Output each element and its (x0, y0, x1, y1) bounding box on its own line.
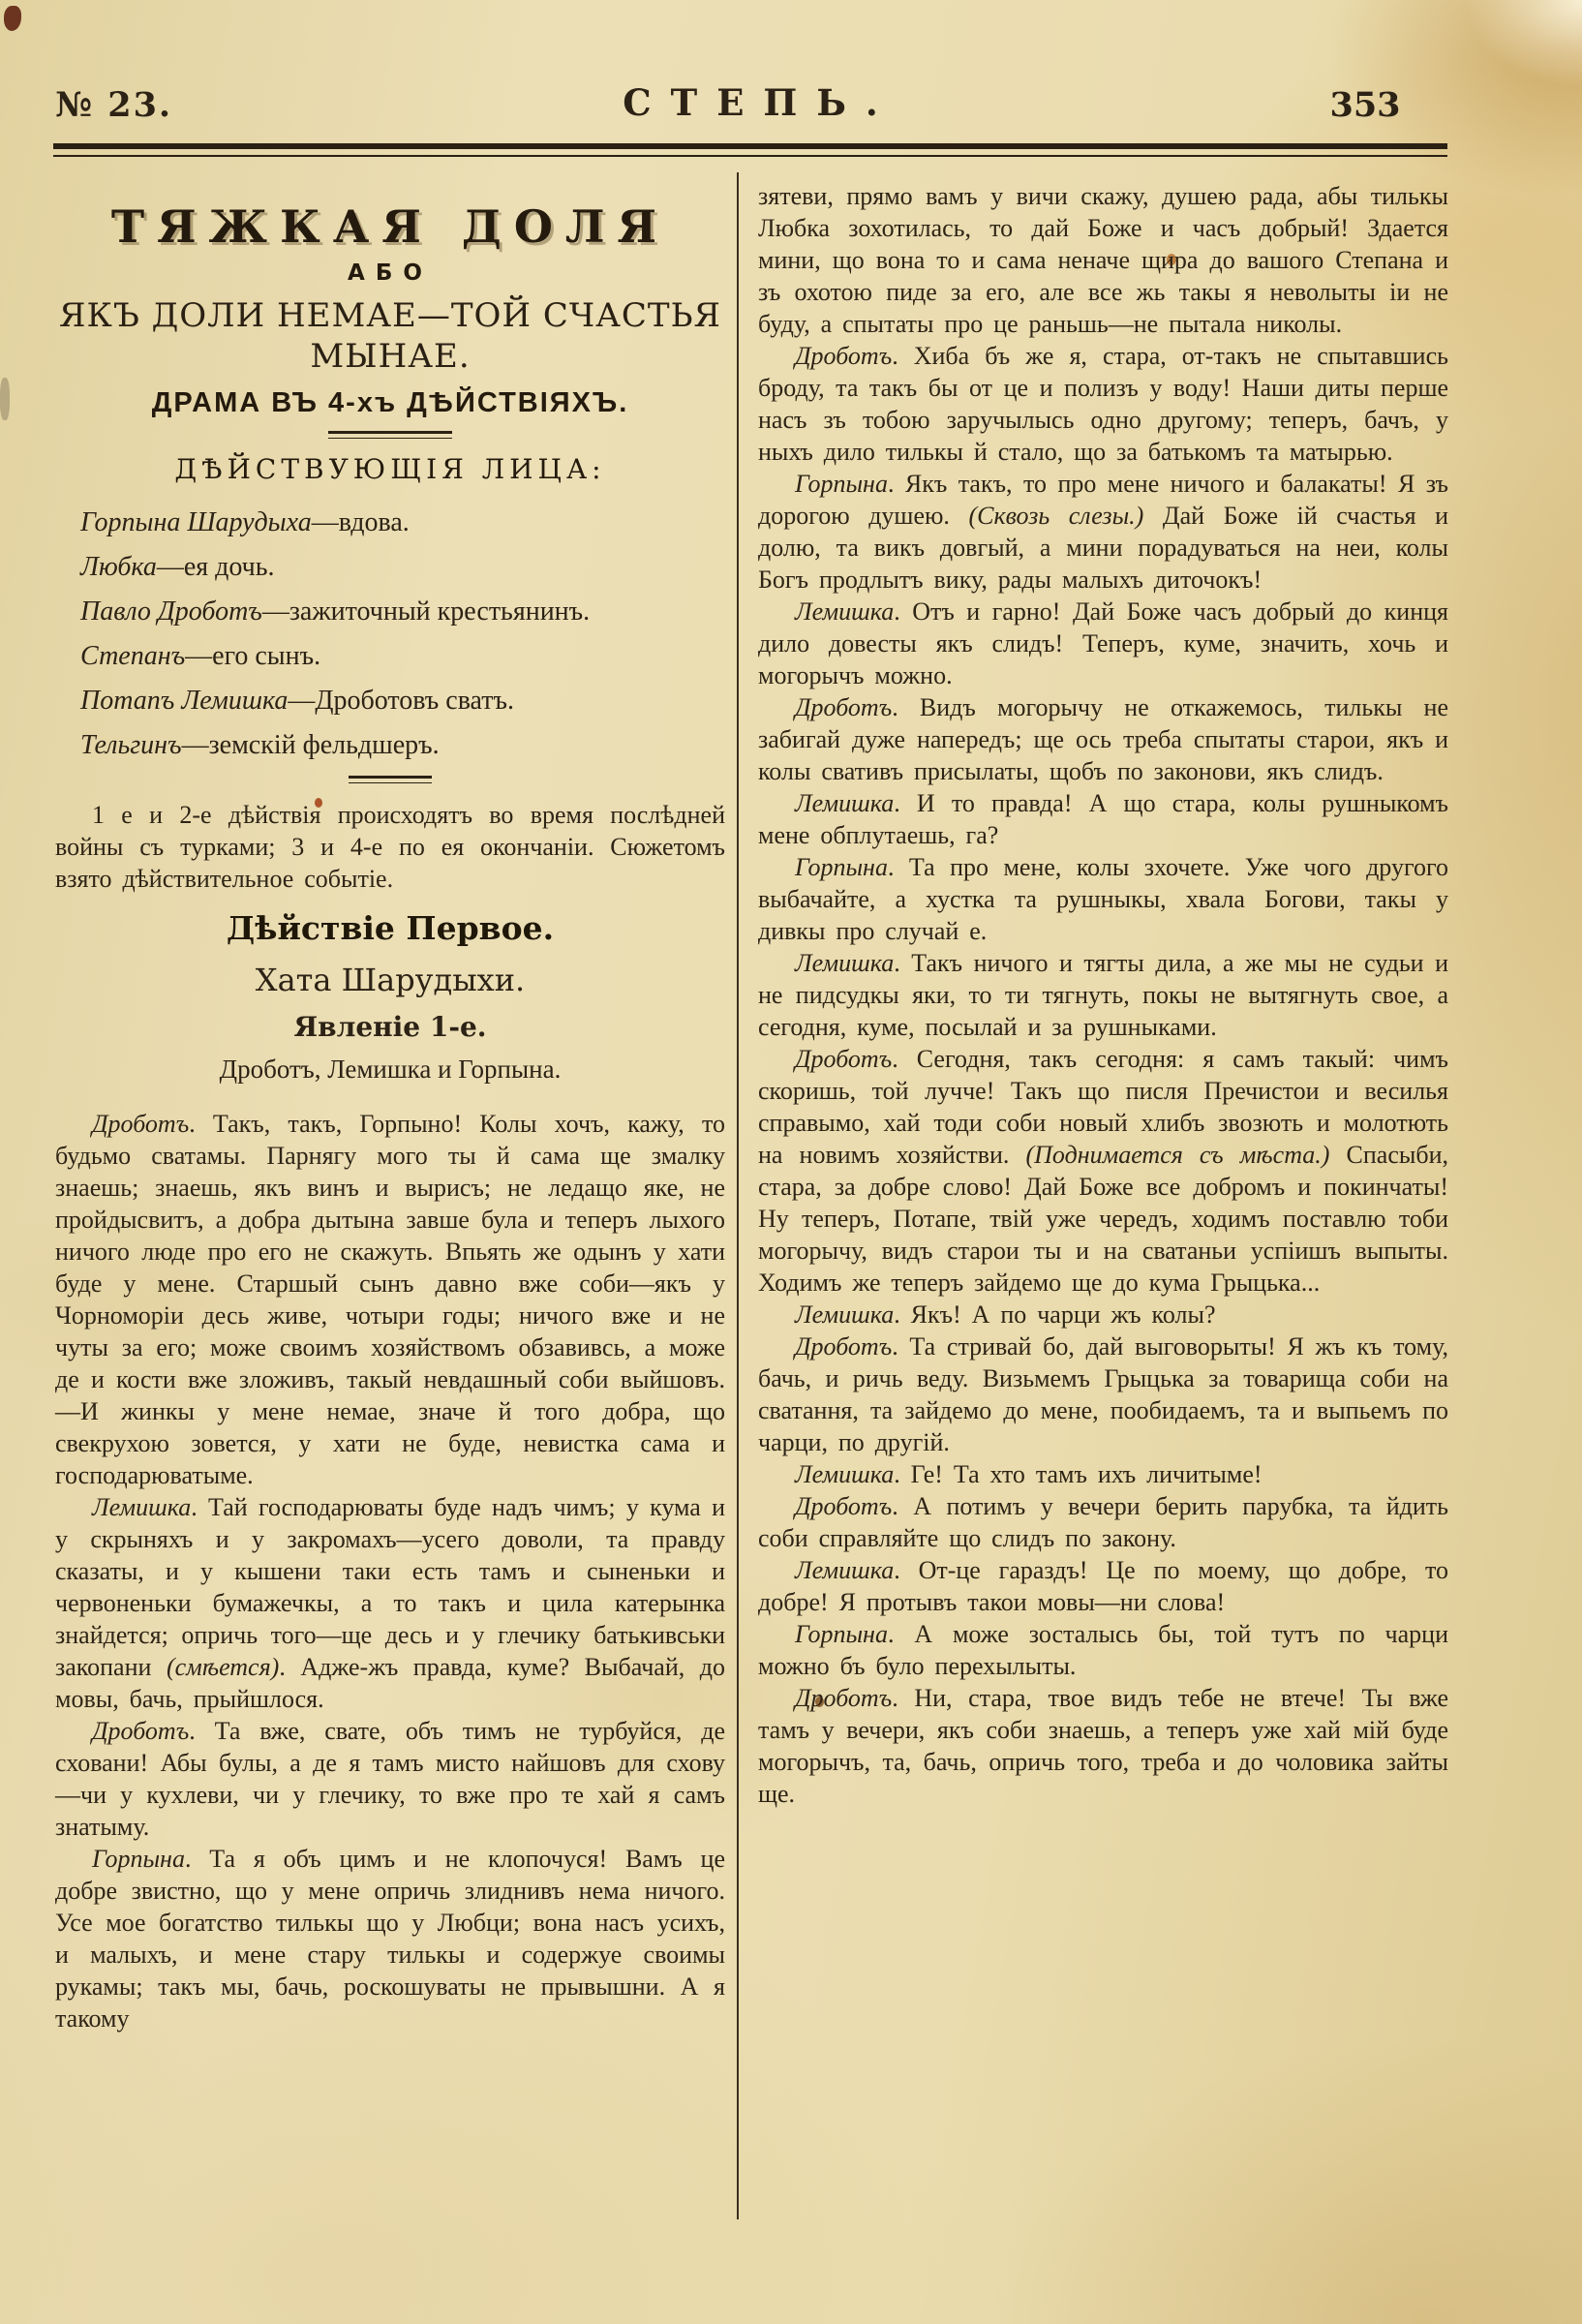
header-rule (53, 143, 1447, 157)
speaker-or-stage-direction: Дроботъ (795, 1492, 892, 1520)
left-column-paragraphs: Дроботъ. Такъ, такъ, Горпыно! Колы хочъ,… (55, 1108, 725, 2034)
dialogue-paragraph: Лемишка. Отъ и гарно! Дай Боже часъ добр… (758, 596, 1448, 691)
scene-heading: Явленіе 1-е. (55, 1011, 725, 1044)
right-column: зятеви, прямо вамъ у вичи скажу, душею р… (758, 172, 1448, 1810)
dialogue-paragraph: Дроботъ. Видъ могорычу не откажемось, ти… (758, 691, 1448, 787)
dialogue-paragraph: Дроботъ. Та стривай бо, дай выговорыты! … (758, 1330, 1448, 1458)
speaker-or-stage-direction: Лемишка (795, 1556, 894, 1584)
cast-member-description: —зажиточный крестьянинъ. (262, 596, 590, 627)
dialogue-paragraph: Дроботъ. Сегодня, такъ сегодня: я самъ т… (758, 1043, 1448, 1299)
speaker-or-stage-direction: Горпына (795, 1620, 888, 1648)
speaker-or-stage-direction: Горпына (92, 1845, 185, 1873)
speaker-or-stage-direction: Лемишка (795, 1460, 894, 1488)
dialogue-paragraph: Дроботъ. Такъ, такъ, Горпыно! Колы хочъ,… (55, 1108, 725, 1491)
cast-member-name: Любка (80, 552, 157, 582)
article-genre: ДРАМА ВЪ 4-хъ ДѢЙСТВІЯХЪ. (55, 386, 725, 419)
dialogue-paragraph: Дроботъ. А потимъ у вечери берить парубк… (758, 1490, 1448, 1554)
ornament-divider (349, 776, 432, 783)
masthead-title: СТЕПЬ. (53, 81, 1447, 124)
cast-heading: ДѢЙСТВУЮЩІЯ ЛИЦА: (55, 452, 725, 487)
cast-member: Любка—ея дочь. (55, 545, 725, 590)
speaker-or-stage-direction: Лемишка (795, 949, 894, 977)
setting-note: 1 е и 2-е дѣйствія происходятъ во время … (55, 799, 725, 895)
speaker-or-stage-direction: Дроботъ (795, 1045, 892, 1073)
act-heading: Дѣйствіе Первое. (55, 908, 725, 949)
dialogue-paragraph: Горпына. Якъ такъ, то про мене ничого и … (758, 468, 1448, 596)
speaker-or-stage-direction: (Поднимается съ мѣста.) (1026, 1141, 1330, 1169)
speaker-or-stage-direction: Дроботъ (795, 1684, 892, 1712)
speaker-or-stage-direction: (Сквозь слезы.) (968, 502, 1143, 530)
dialogue-text: . Ге! Та хто тамъ ихъ личитыме! (894, 1460, 1262, 1488)
cast-list: Горпына Шарудыха—вдова.Любка—ея дочь.Пав… (55, 501, 725, 768)
scene-setting: Хата Шарудыхи. (55, 961, 725, 999)
dialogue-paragraph: Дроботъ. Ни, стара, твое видъ тебе не вт… (758, 1682, 1448, 1810)
dialogue-text: . Якъ! А по чарци жъ колы? (894, 1300, 1215, 1329)
speaker-or-stage-direction: Горпына (795, 470, 888, 498)
speaker-or-stage-direction: Дроботъ (92, 1717, 189, 1745)
speaker-or-stage-direction: Лемишка (795, 1300, 894, 1329)
newspaper-page: № 23. СТЕПЬ. 353 ТЯЖКАЯ ДОЛЯ АБО ЯКЪ ДОЛ… (0, 0, 1582, 2324)
cast-member-name: Павло Дроботъ (80, 596, 262, 627)
speaker-or-stage-direction: Дроботъ (795, 693, 892, 721)
cast-member-name: Потапъ Лемишка (80, 686, 288, 716)
cast-member-description: —его сынъ. (185, 641, 320, 671)
cast-member: Горпына Шарудыха—вдова. (55, 501, 725, 545)
dialogue-paragraph: Лемишка. Такъ ничого и тягты дила, а же … (758, 947, 1448, 1043)
column-divider-rule (737, 172, 739, 2219)
dialogue-paragraph: Дроботъ. Хиба бъ же я, стара, от-такъ не… (758, 340, 1448, 468)
cast-member-name: Горпына Шарудыха (80, 507, 312, 537)
cast-member-description: —ея дочь. (157, 552, 275, 582)
cast-member-name: Тельгинъ (80, 730, 182, 760)
speaker-or-stage-direction: Лемишка (92, 1493, 191, 1521)
scene-cast: Дроботъ, Лемишка и Горпына. (55, 1054, 725, 1085)
dialogue-paragraph: Горпына. Та про мене, колы зхочете. Уже … (758, 851, 1448, 947)
article-subtitle-conjunction: АБО (55, 260, 725, 287)
paper-stain (4, 6, 21, 31)
right-column-paragraphs: зятеви, прямо вамъ у вичи скажу, душею р… (758, 180, 1448, 1810)
left-column: ТЯЖКАЯ ДОЛЯ АБО ЯКЪ ДОЛИ НЕМАЕ—ТОЙ СЧАСТ… (55, 172, 725, 2034)
dialogue-text: . Та я объ цимъ и не клопочуся! Вамъ це … (55, 1845, 725, 2033)
speaker-or-stage-direction: Горпына (795, 853, 888, 881)
article-title: ТЯЖКАЯ ДОЛЯ (55, 199, 725, 254)
cast-member: Потапъ Лемишка—Дроботовъ сватъ. (55, 679, 725, 723)
speaker-or-stage-direction: Дроботъ (795, 342, 892, 370)
cast-member: Тельгинъ—земскій фельдшеръ. (55, 723, 725, 768)
cast-member-description: —земскій фельдшеръ. (182, 730, 440, 760)
dialogue-paragraph: Горпына. А може зосталысь бы, той тутъ п… (758, 1618, 1448, 1682)
dialogue-paragraph: зятеви, прямо вамъ у вичи скажу, душею р… (758, 180, 1448, 340)
dialogue-text: . Такъ, такъ, Горпыно! Колы хочъ, кажу, … (55, 1110, 725, 1489)
dialogue-paragraph: Лемишка. И то правда! А що стара, колы р… (758, 787, 1448, 851)
article-subtitle: ЯКЪ ДОЛИ НЕМАЕ—ТОЙ СЧАСТЬЯ МЫНАЕ. (55, 295, 725, 377)
dialogue-paragraph: Лемишка. Якъ! А по чарци жъ колы? (758, 1299, 1448, 1330)
dialogue-paragraph: Лемишка. От-це гараздъ! Це по моему, що … (758, 1554, 1448, 1618)
cast-member-description: —вдова. (312, 507, 410, 537)
paper-stain (0, 378, 10, 420)
dialogue-paragraph: Лемишка. Тай господарюваты буде надъ чим… (55, 1491, 725, 1715)
dialogue-paragraph: Лемишка. Ге! Та хто тамъ ихъ личитыме! (758, 1458, 1448, 1490)
cast-member: Павло Дроботъ—зажиточный крестьянинъ. (55, 590, 725, 634)
speaker-or-stage-direction: Дроботъ (92, 1110, 189, 1138)
dialogue-text: зятеви, прямо вамъ у вичи скажу, душею р… (758, 182, 1448, 338)
cast-member-name: Степанъ (80, 641, 185, 671)
page-number: 353 (1278, 85, 1452, 125)
dialogue-paragraph: Горпына. Та я объ цимъ и не клопочуся! В… (55, 1843, 725, 2034)
speaker-or-stage-direction: Лемишка (795, 597, 894, 626)
ornament-divider (328, 431, 452, 439)
speaker-or-stage-direction: Дроботъ (795, 1332, 892, 1361)
speaker-or-stage-direction: Лемишка (795, 789, 894, 817)
cast-member-description: —Дроботовъ сватъ. (288, 686, 514, 716)
cast-member: Степанъ—его сынъ. (55, 634, 725, 679)
speaker-or-stage-direction: (смѣется) (167, 1653, 279, 1681)
dialogue-paragraph: Дроботъ. Та вже, свате, объ тимъ не турб… (55, 1715, 725, 1843)
